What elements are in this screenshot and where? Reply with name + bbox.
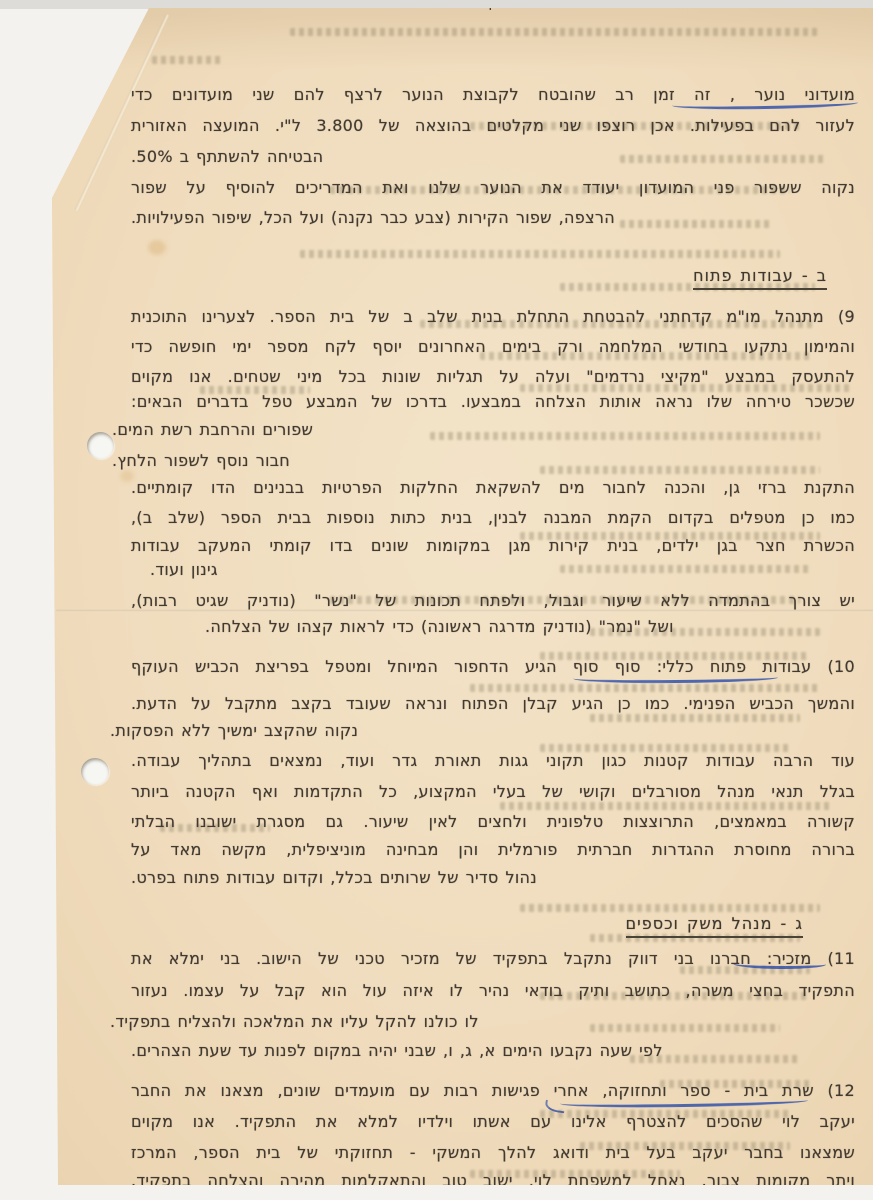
bleedthrough-line [520, 904, 820, 912]
text-line: נקוה שהקצב ימשיך ללא הפסקות. [110, 721, 358, 743]
text-line: נהול סדיר של שרותים בכלל, וקדום עבודות פ… [131, 868, 537, 890]
text-line: שפורים והרחבת רשת המים. [112, 420, 313, 442]
text-line: הכשרת חצר בגן ילדים, בנית קירות מגן במקו… [131, 536, 855, 558]
text-line: התפקיד בחצי משרה, כתושב ותיק בודאי נהיר … [131, 981, 855, 1003]
text-line: קשורה במאמצים, התרוצצות טלפונית ולחצים ל… [131, 812, 855, 834]
text-line: לעזור להם בפעילות. אכן רוצפו שני מקלטים … [131, 116, 855, 138]
text-line: הבטיחה להשתתף ב 50%. [131, 147, 323, 169]
bleedthrough-line [290, 28, 820, 36]
text-line: גינון ועוד. [150, 560, 218, 582]
bleedthrough-line [620, 155, 825, 163]
text-line: לפי שעה נקבעו הימים א, ג, ו, שבני יהיה ב… [131, 1041, 663, 1063]
text-line: להתעסק במבצע "מקיצי נרדמים" ועלה על תגלי… [131, 367, 855, 389]
bleedthrough-line [620, 220, 770, 228]
text-line: יעקב לוי שהסכים להצטרף אלינו עם אשתו ויל… [131, 1112, 855, 1134]
paper-stain [148, 240, 166, 255]
punch-hole [81, 758, 109, 785]
text-line: שכשכר טירחה שלו נראה אותות הצלחה במבצעו.… [131, 392, 855, 414]
pen-underline [573, 672, 778, 684]
text-line: שמצאנו בחבר יעקב בעל בית ודואג להלך המשק… [131, 1143, 855, 1165]
text-line: והמשך הכביש הפנימי. כמו כן הגיע קבלן הפת… [131, 694, 855, 716]
text-line: התקנת ברזי גן, והכנה לחבור מים להשקאת הח… [131, 478, 855, 500]
text-line: כמו כן מטפלים בקדום הקמת המבנה לבנין, בנ… [131, 508, 855, 530]
section-heading-c: ג - מנהל משק וכספים [626, 914, 803, 938]
punch-hole [87, 432, 114, 459]
bleedthrough-line [540, 466, 820, 474]
text-line: 9) מתנהל מו"מ קדחתני להבטחת התחלת בנית ש… [131, 307, 855, 329]
text-line: והמימון נתקעו בחודשי המלחמה ורק בימים הא… [131, 337, 855, 359]
text-line: ברורה מחוסרת ההגדרות חברתית פורמלית והן … [131, 840, 855, 862]
text-line: עוד הרבה עבודות קטנות כגון תקוני גגות תא… [131, 751, 855, 773]
section-heading-b: ב - עבודות פתוח [693, 266, 827, 290]
text-line: בגלל תנאי מנהל מסורבלים וקושי של בעלי המ… [131, 782, 855, 804]
text-line: יש צורך בהתמדה ללא שיעור וגבול, ולפתח תכ… [131, 591, 855, 613]
bleedthrough-line [590, 1024, 780, 1032]
text-line: ושל "נמר" (נודניק מדרגה ראשונה) כדי לראו… [205, 617, 674, 639]
bleedthrough-line [152, 56, 222, 64]
text-line: לו כולנו להקל עליו את המלאכה ולהצליח בתפ… [110, 1012, 479, 1034]
bleedthrough-line [300, 250, 780, 258]
bleedthrough-line [430, 432, 820, 440]
text-line: נקוה ששפור פני המועדון יעודד את הנוער של… [131, 178, 855, 200]
bleedthrough-line [470, 684, 820, 692]
paper-sheet: -4- מועדוני נוער , זה זמן רב שהובטח לקבו… [0, 0, 873, 1200]
bleedthrough-line [560, 565, 810, 573]
text-line: הרצפה, שפור הקירות (צבע כבר נקנה) ועל הכ… [131, 208, 615, 230]
text-line: חבור נוסף לשפור הלחץ. [112, 451, 290, 473]
